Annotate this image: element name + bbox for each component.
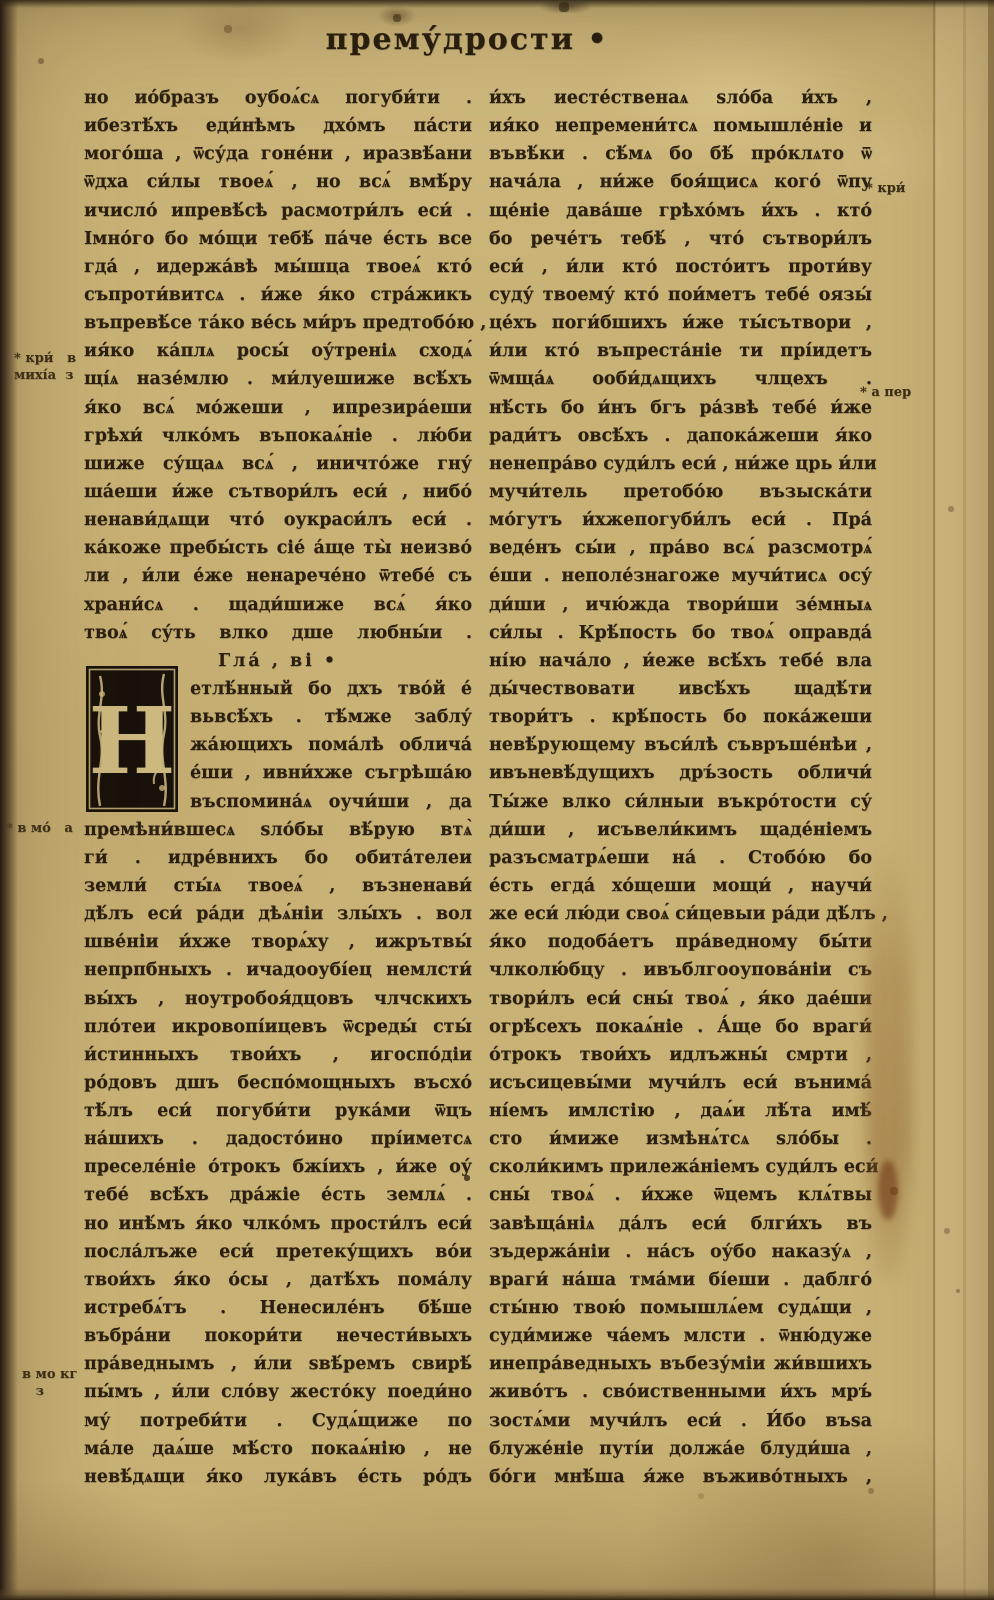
text-line: премѣни́вшесѧ ѕло́бы вѣ́рую втѧ̀	[84, 816, 472, 844]
text-line: ненави́дѧщи что́ оукраси́лъ еси́ .	[84, 506, 472, 534]
text-line: и́ли кто́ въпреста́ніе ти прі́идетъ	[489, 337, 872, 365]
text-line: живо́тъ . сво́иственными и́хъ мръ́	[489, 1378, 872, 1406]
text-line: въспомина́ѧ оучи́ши , да	[190, 788, 472, 816]
text-line: храни́сѧ . щади́шиже всѧ́ я́ко	[84, 591, 472, 619]
text-line: и́хъ иесте́ственаѧ ѕло́ба и́хъ ,	[489, 84, 872, 112]
text-line: бо́ги мнѣ́ша я́же въживо́тныхъ ,	[489, 1463, 872, 1491]
text-line: сны́ твоѧ́ . и́хже ѿцемъ клѧ́твы	[489, 1181, 872, 1209]
text-line: ро́довъ дшъ беспо́мощныхъ въсхо́	[84, 1069, 472, 1097]
text-line: тебе́ всѣ́хъ дра́жіе е́сть землѧ́ .	[84, 1181, 472, 1209]
rust-stain	[878, 1160, 898, 1220]
text-line: нача́ла , ни́же боя́щисѧ кого́ ѿпу	[489, 168, 872, 196]
text-line: нѣ́сть бо и́нъ бгъ ра́звѣ тебе́ и́же	[489, 394, 872, 422]
text-line: твоѧ́ су́ть влко дше любны́и .	[84, 619, 472, 647]
text-line: на́шихъ . дадосто́ино прі́иметсѧ	[84, 1125, 472, 1153]
text-line: шве́ніи и́хже творѧ́ху , ижрътвы́	[84, 928, 472, 956]
text-line: вы́хъ , ноутробоя́дцовъ члчскихъ	[84, 985, 472, 1013]
text-line: въпревѣ́се та́ко ве́сь ми́ръ предтобо́ю …	[84, 309, 472, 337]
margin-note-row: * а пер	[860, 384, 911, 401]
text-line: разъсматрѧ́еши на́ . Стобо́ю бо	[489, 844, 872, 872]
text-line: ибезтѣ́хъ еди́нѣмъ дхо́мъ па́сти	[84, 112, 472, 140]
ink-specks	[0, 0, 2, 2]
text-line: ия́ко непремени́тсѧ помышле́ніе и	[489, 112, 872, 140]
text-line: е́ши , ивни́хже съгрѣша́ю	[190, 759, 472, 787]
text-line: но ио́бразъ оубоѧ́сѧ погуби́ти .	[84, 84, 472, 112]
text-line: пра́веднымъ , и́ли ѕвѣ́ремъ свирѣ́	[84, 1350, 472, 1378]
book-page-scan: прему́дрости • но ио́бразъ оубоѧ́сѧ погу…	[0, 0, 994, 1600]
text-line: невѣ́дѧщи я́ко лука́въ е́сть ро́дъ	[84, 1463, 472, 1491]
text-line: непрпбныхъ . ичадооубі́ец немлсти́	[84, 956, 472, 984]
margin-note-row: з	[22, 1383, 77, 1400]
text-line: Імно́го бо мо́щи тебѣ́ па́че е́сть все	[84, 225, 472, 253]
text-line: си́лы . Крѣ́пость бо твоѧ́ оправда́	[489, 619, 872, 647]
text-line: я́ко всѧ́ мо́жеши , ипрезира́еши	[84, 394, 472, 422]
text-line: огрѣ́сехъ покаѧ́ніе . А́ще бо враги́	[489, 1013, 872, 1041]
text-line: исъсицевы́ми мучи́лъ еси́ вънима́	[489, 1069, 872, 1097]
text-line: земли́ сты́ѧ твоеѧ́ , възненави́	[84, 872, 472, 900]
text-line: я́ко подоба́етъ пра́ведному бы́ти	[489, 928, 872, 956]
text-line: ма́ле даѧ́ше мѣ́сто покаѧ́нію , не	[84, 1435, 472, 1463]
text-line: ні́емъ имлстію , даѧ́и лѣ́та имѣ́	[489, 1097, 872, 1125]
text-line: же еси́ лю́ди своѧ́ си́цевыи ра́ди дѣ́лъ…	[489, 900, 872, 928]
running-title: прему́дрости •	[0, 22, 934, 57]
text-line: ивъневѣ́дущихъ дръ́зость обличи́	[489, 759, 872, 787]
text-line: ди́ши , ичю́жда твори́ши зе́мныѧ	[489, 591, 872, 619]
text-line: ѿдха си́лы твоеѧ́ , но всѧ́ вмѣ́ру	[84, 168, 472, 196]
text-line: етлѣ́нный бо дхъ тво́й е́	[190, 675, 472, 703]
text-line: ичисло́ ипревѣ́сѣ расмотри́лъ еси́ .	[84, 197, 472, 225]
text-line: блуже́ніе путі́и должа́е блуди́ша ,	[489, 1435, 872, 1463]
margin-note: * а пер	[860, 384, 911, 401]
text-line: е́сть егда́ хо́щеши мощи́ , научи́	[489, 872, 872, 900]
margin-note: * в мо́ а	[6, 820, 73, 837]
text-line: гда́ , идержа́вѣ мы́шца твоеѧ́ кто́	[84, 253, 472, 281]
text-line: це́хъ поги́бшихъ и́же ты́сътвори ,	[489, 309, 872, 337]
text-line: зъдержа́ніи . на́съ оу́бо наказу́ѧ ,	[489, 1238, 872, 1266]
text-line: ка́коже пребы́сть сіе́ а́ще ты̀ неизво́	[84, 534, 472, 562]
text-line: инепра́ведныхъ въбезу́міи жи́вшихъ	[489, 1350, 872, 1378]
text-line: Ты́же влко си́лныи въкро́тости су́	[489, 788, 872, 816]
text-line: завѣща́ніѧ да́лъ еси́ блги́хъ въ	[489, 1210, 872, 1238]
text-line: мучи́тель претобо́ю възыска́ти	[489, 478, 872, 506]
text-line: преселе́ніе о́трокъ бжі́ихъ , и́же оу́	[84, 1153, 472, 1181]
text-line: посла́лъже еси́ претеку́щихъ во́и	[84, 1238, 472, 1266]
margin-note: в мо кг з	[22, 1366, 77, 1400]
text-line: ша́еши и́же сътвори́лъ еси́ , нибо́	[84, 478, 472, 506]
text-line: ні́ю нача́ло , и́еже всѣ́хъ тебе́ вла	[489, 647, 872, 675]
text-line: жа́ющихъ пома́лѣ облича́	[190, 731, 472, 759]
text-line: му́ потреби́ти . Судѧ́щиже по	[84, 1407, 472, 1435]
page: прему́дрости • но ио́бразъ оубоѧ́сѧ погу…	[0, 0, 994, 1600]
margin-note-row: михі́а з	[14, 367, 76, 384]
text-line: въвѣ́ки . сѣ́мѧ бо бѣ́ про́клѧто ѿ	[489, 140, 872, 168]
woodcut-initial-letter: Н	[86, 666, 178, 812]
text-line: и́стинныхъ твои́хъ , игоспо́діи	[84, 1041, 472, 1069]
text-line: невѣ́рующему въси́лѣ съвръше́нѣи ,	[489, 731, 872, 759]
text-line: ди́ши , исъвели́кимъ щаде́ніемъ	[489, 816, 872, 844]
text-line: ѿмща́ѧ ооби́дѧщихъ члцехъ .	[489, 365, 872, 393]
text-line: но инѣ́мъ я́ко члко́мъ прости́лъ еси́	[84, 1210, 472, 1238]
margin-note: * кри́ вмихі́а з	[14, 350, 76, 384]
text-line: шиже су́щаѧ всѧ́ , иничто́же гну́	[84, 450, 472, 478]
text-line: сты́ню твою́ помышлѧ́ем судѧ́щи ,	[489, 1294, 872, 1322]
text-line: еси́ , и́ли кто́ посто́итъ проти́ву	[489, 253, 872, 281]
margin-note-row: * в мо́ а	[6, 820, 73, 837]
text-line: сто и́миже измѣнѧ́тсѧ ѕло́бы .	[489, 1125, 872, 1153]
margin-note-row: * кри́	[866, 180, 905, 197]
text-line: ия́ко ка́плѧ росы́ оу́треніѧ сходѧ́	[84, 337, 472, 365]
text-line: грѣхи́ члко́мъ въпокаѧ́ніе . лю́би	[84, 422, 472, 450]
text-line: истребѧ́тъ . Ненесиле́нъ бѣ́ше	[84, 1294, 472, 1322]
text-line: суди́миже ча́емъ млсти . ѿню́дуже	[489, 1322, 872, 1350]
text-line: мого́ша , ѿсу́да гоне́ни , иразвѣ́ани	[84, 140, 472, 168]
text-line: ненепра́во суди́лъ еси́ , ни́же црь и́ли	[489, 450, 872, 478]
text-line: въбра́ни покори́ти нечести́выхъ	[84, 1322, 472, 1350]
text-line: мо́гутъ и́хжепогуби́лъ еси́ . Пра́	[489, 506, 872, 534]
text-line: ды́чествовати ивсѣ́хъ щадѣ́ти	[489, 675, 872, 703]
initial-letter: Н	[86, 666, 178, 812]
right-text-column: и́хъ иесте́ственаѧ ѕло́ба и́хъ ,ия́ко не…	[489, 84, 872, 1491]
text-line: ради́тъ овсѣ́хъ . дапока́жеши я́ко	[489, 422, 872, 450]
text-line: пы́мъ , и́ли сло́ву жесто́ку поеди́но	[84, 1378, 472, 1406]
text-line: члколю́бцу . ивъблгооупова́ніи съ	[489, 956, 872, 984]
text-line: враги́ на́ша тма́ми бі́еши . даблго́	[489, 1266, 872, 1294]
text-line: твори́лъ еси́ сны́ твоѧ́ , я́ко дае́ши	[489, 985, 872, 1013]
margin-note-row: * кри́ в	[14, 350, 76, 367]
text-line: ли , и́ли е́же ненарече́но ѿтебе́ съ	[84, 562, 472, 590]
text-line: ще́ніе дава́ше грѣхо́мъ и́хъ . кто́	[489, 197, 872, 225]
margin-note-row: в мо кг	[22, 1366, 77, 1383]
text-line: дѣ́лъ еси́ ра́ди дѣѧ́ніи злы́хъ . вол	[84, 900, 472, 928]
text-line: ги́ . идре́внихъ бо обита́телеи	[84, 844, 472, 872]
text-line: тѣ́лъ еси́ погуби́ти рука́ми ѿцъ	[84, 1097, 472, 1125]
text-line: съпроти́витсѧ . и́же я́ко стра́жикъ	[84, 281, 472, 309]
text-line: е́ши . неполе́знагоже мучи́тисѧ осу́	[489, 562, 872, 590]
text-line: щі́ѧ назе́млю . ми́луешиже всѣ́хъ	[84, 365, 472, 393]
margin-note: * кри́	[866, 180, 905, 197]
text-line: о́трокъ твои́хъ идлъжны́ смрти ,	[489, 1041, 872, 1069]
text-line: бо рече́тъ тебѣ́ , что́ сътвори́лъ	[489, 225, 872, 253]
text-line: пло́теи икровопі́ицевъ ѿсреды́ сты́	[84, 1013, 472, 1041]
text-line: твори́тъ . крѣ́пость бо пока́жеши	[489, 703, 872, 731]
text-line: вьвсѣ́хъ . тѣ́мже заблу́	[190, 703, 472, 731]
text-line: сколи́кимъ прилежа́ніемъ суди́лъ еси́	[489, 1153, 872, 1181]
text-line: веде́нъ сы́и , пра́во всѧ́ разсмотрѧ́	[489, 534, 872, 562]
text-line: суду́ твоему́ кто́ пои́метъ тебе́ оязы́	[489, 281, 872, 309]
text-line: зостѧ́ми мучи́лъ еси́ . И́бо въѕа	[489, 1407, 872, 1435]
text-line: твои́хъ я́ко о́сы , датѣ́хъ пома́лу	[84, 1266, 472, 1294]
